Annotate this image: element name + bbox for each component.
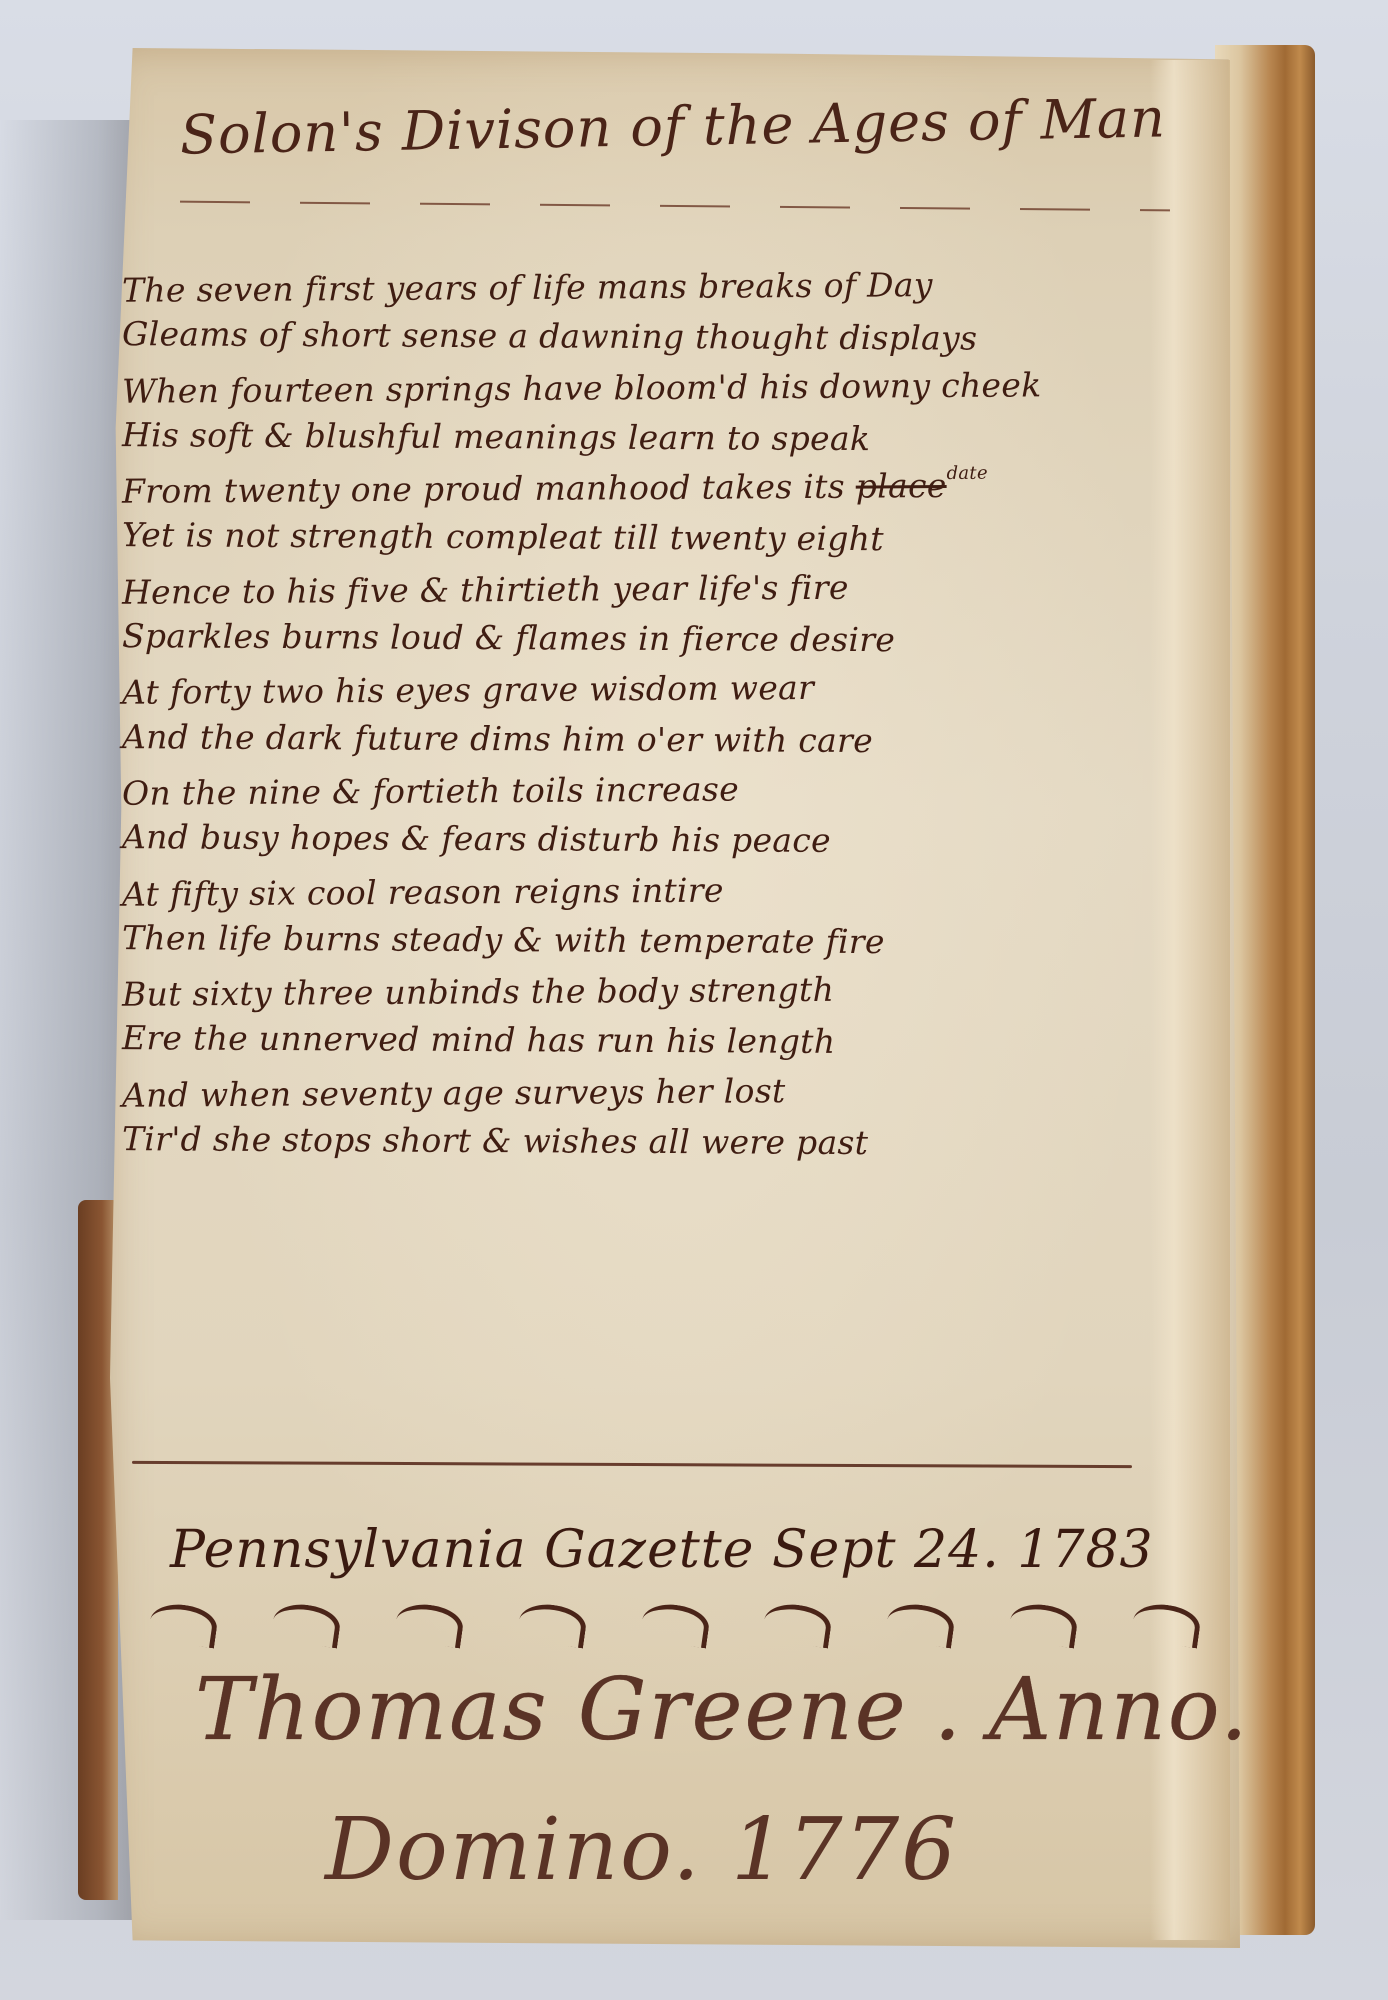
poem-line: Then life burns steady & with temperate … <box>122 913 1202 969</box>
flourish-icon <box>1008 1601 1080 1649</box>
poem-line: His soft & blushful meanings learn to sp… <box>122 410 1202 466</box>
poem-line: But sixty three unbinds the body strengt… <box>122 962 1202 1020</box>
inserted-word: date <box>946 463 987 484</box>
poem-line: From twenty one proud manhood takes its … <box>122 459 1202 517</box>
poem-line: The seven first years of life mans break… <box>122 258 1202 316</box>
flourish-icon <box>639 1601 711 1649</box>
owner-inscription-line1: Thomas Greene.Anno. <box>195 1660 1250 1760</box>
flourish-icon <box>885 1601 957 1649</box>
owner-separator: . <box>934 1660 963 1760</box>
poem-line: Gleams of short sense a dawning thought … <box>122 309 1202 365</box>
poem-line: And when seventy age surveys her lost <box>122 1063 1202 1121</box>
flourish-icon <box>393 1601 465 1649</box>
owner-inscription-line2: Domino. 1776 <box>325 1800 958 1900</box>
flourish-icon <box>270 1601 342 1649</box>
poem-line: Hence to his five & thirtieth year life'… <box>122 560 1202 618</box>
poem-line: At fifty six cool reason reigns intire <box>122 862 1202 920</box>
poem-line: At forty two his eyes grave wisdom wear <box>122 661 1202 719</box>
poem-line-text: From twenty one proud manhood takes its <box>122 467 845 511</box>
flourish-icon <box>148 1601 220 1649</box>
flourish-icon <box>762 1601 834 1649</box>
poem-line: Sparkles burns loud & flames in fierce d… <box>122 611 1202 667</box>
poem-line: And the dark future dims him o'er with c… <box>122 712 1202 768</box>
flourish-icon <box>516 1601 588 1649</box>
poem-body: The seven first years of life mans break… <box>122 262 1202 1167</box>
decorative-flourish-row <box>150 1605 1200 1655</box>
poem-line: On the nine & fortieth toils increase <box>122 761 1202 819</box>
struck-word: place <box>856 466 947 506</box>
poem-line: When fourteen springs have bloom'd his d… <box>122 359 1202 417</box>
poem-line: And busy hopes & fears disturb his peace <box>122 812 1202 868</box>
flourish-icon <box>1131 1601 1203 1649</box>
poem-line: Tir'd she stops short & wishes all were … <box>122 1114 1202 1170</box>
source-citation: Pennsylvania Gazette Sept 24. 1783 <box>170 1520 1154 1580</box>
owner-anno: Anno. <box>989 1660 1249 1760</box>
poem-line: Yet is not strength compleat till twenty… <box>122 511 1202 567</box>
poem-line: Ere the unnerved mind has run his length <box>122 1014 1202 1070</box>
owner-name: Thomas Greene <box>195 1660 908 1760</box>
